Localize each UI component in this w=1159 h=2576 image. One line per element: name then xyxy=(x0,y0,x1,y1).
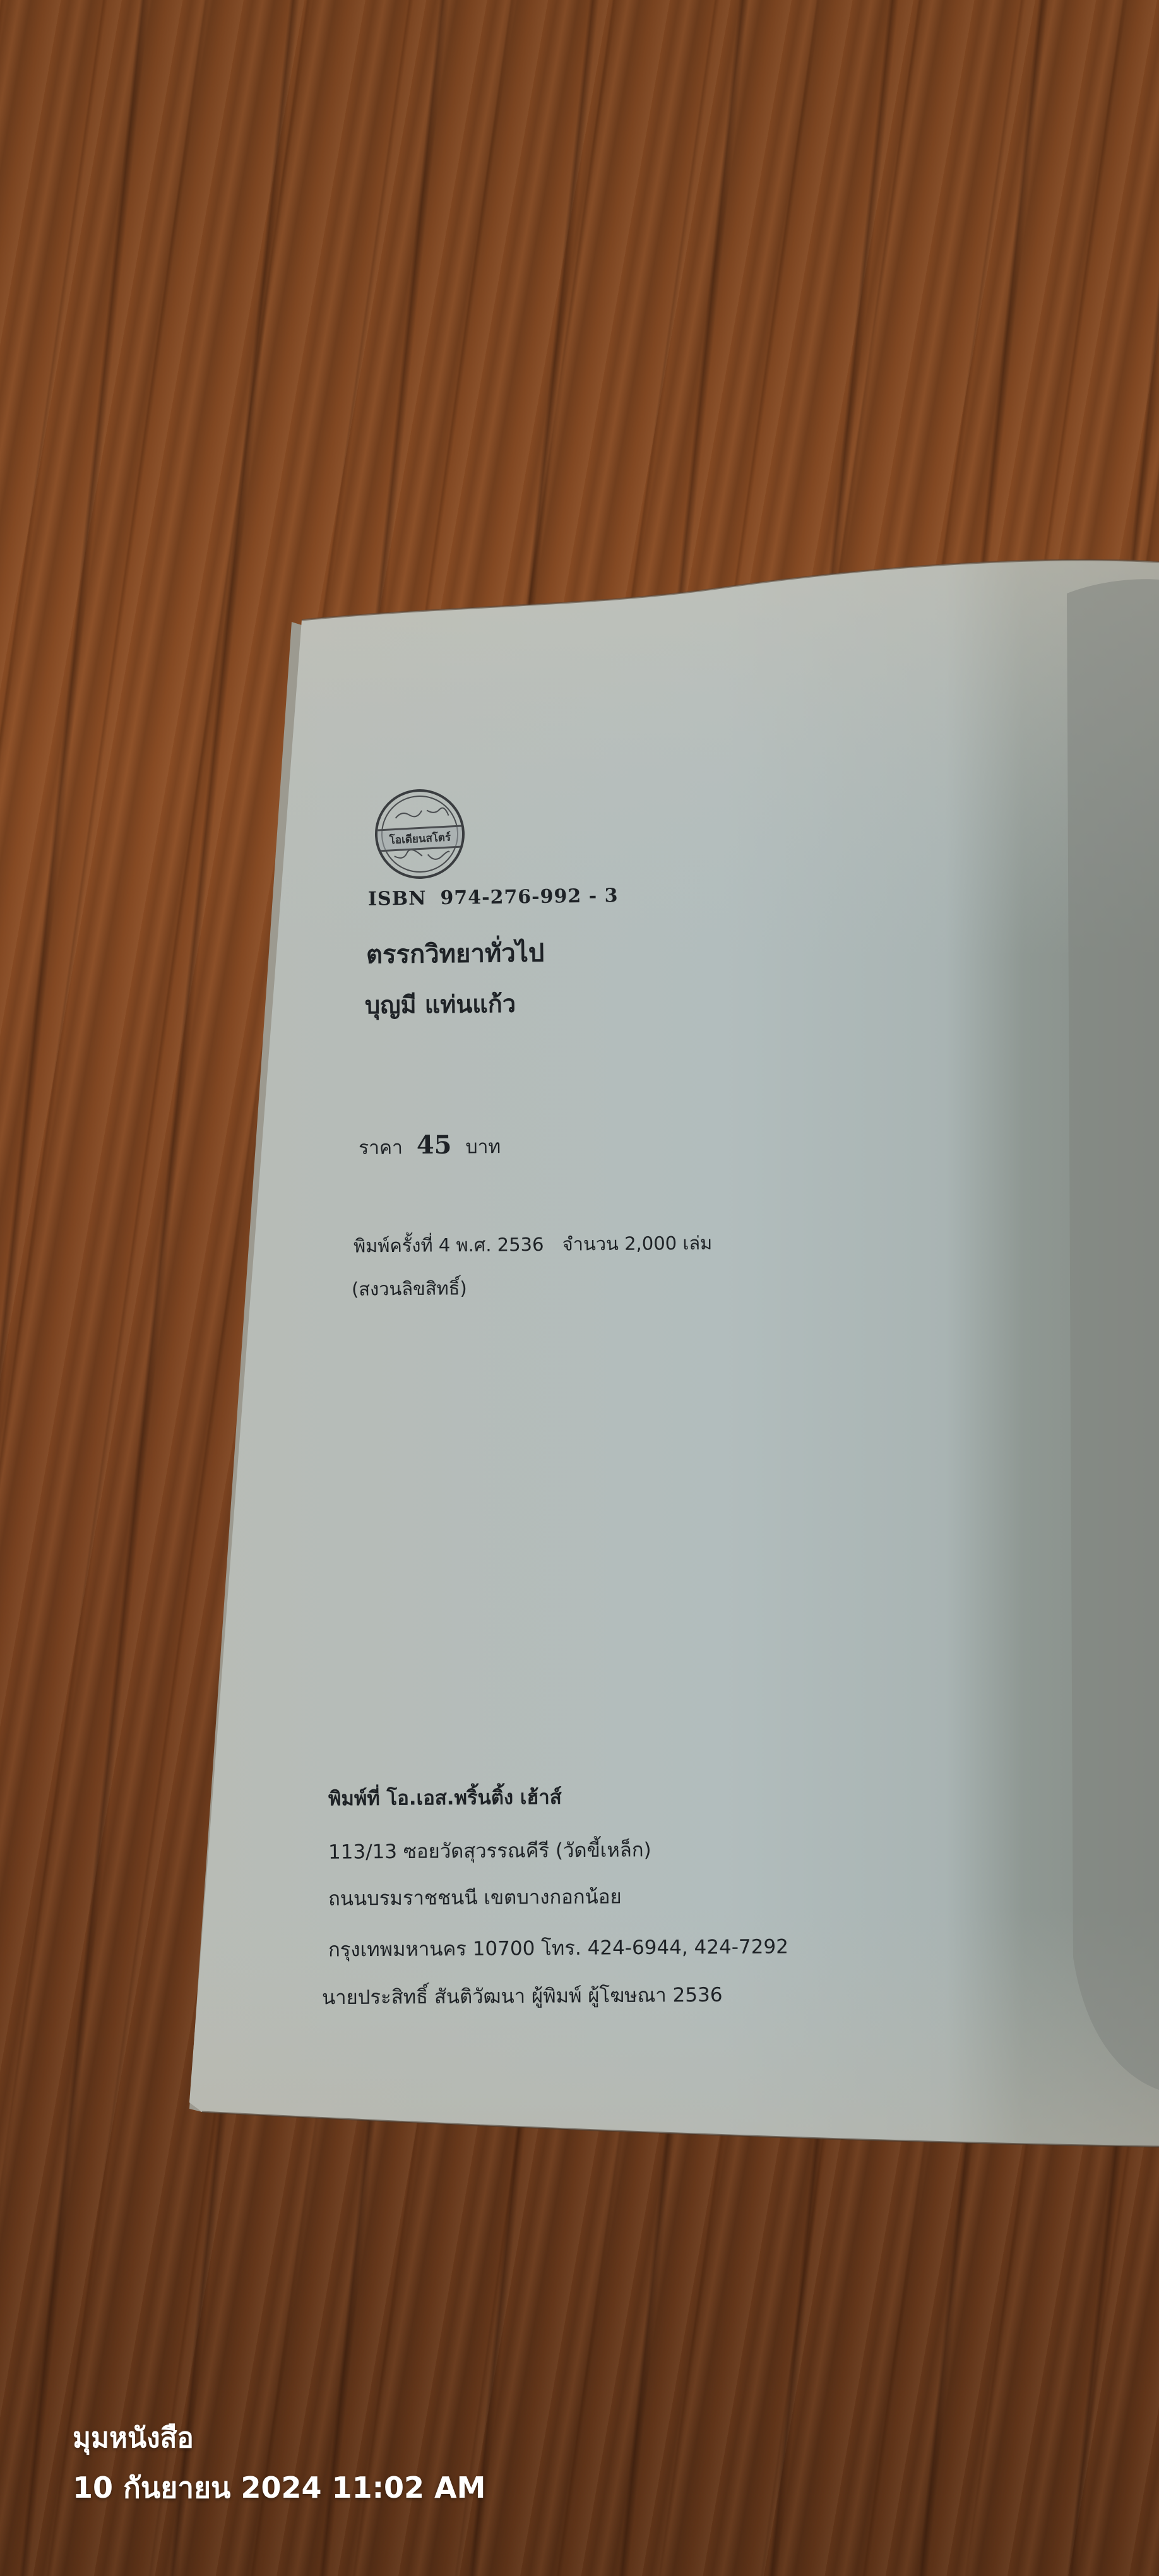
isbn-label: ISBN xyxy=(368,887,427,910)
publisher-logo: โอเดียนสโตร์ xyxy=(372,787,467,881)
printer-address-1: 113/13 ซอยวัดสุวรรณคีรี (วัดขี้เหล็ก) xyxy=(328,1834,651,1868)
book-page: โอเดียนสโตร์ ISBN974-276-992 - 3 ตรรกวิท… xyxy=(0,0,1159,2576)
price-currency: บาท xyxy=(465,1136,501,1158)
logo-label: โอเดียนสโตร์ xyxy=(377,825,463,852)
printing-year: พ.ศ. 2536 xyxy=(456,1234,544,1256)
price-amount: 45 xyxy=(417,1130,452,1160)
printer-address-2: ถนนบรมราชชนนี เขตบางกอกน้อย xyxy=(328,1880,622,1914)
isbn-value: 974-276-992 - 3 xyxy=(440,885,618,909)
printer-city-phone: กรุงเทพมหานคร 10700 โทร. 424-6944, 424-7… xyxy=(328,1930,788,1965)
book-page-shape xyxy=(0,0,1159,2576)
price-line: ราคา45บาท xyxy=(359,1130,501,1163)
printer-name: พิมพ์ที่ โอ.เอส.พริ้นติ้ง เฮ้าส์ xyxy=(328,1781,562,1815)
book-title: ตรรกวิทยาทั่วไป xyxy=(366,933,545,975)
watermark-title: มุมหนังสือ xyxy=(73,2416,194,2460)
book-author: บุญมี แท่นแก้ว xyxy=(365,984,516,1025)
edition-line: พิมพ์ครั้งที่ 4 พ.ศ. 2536 จำนวน 2,000 เล… xyxy=(354,1229,713,1261)
printing-number: พิมพ์ครั้งที่ 4 xyxy=(354,1234,451,1256)
printer-publisher: นายประสิทธิ์ สันติวัฒนา ผู้พิมพ์ ผู้โฆษณ… xyxy=(322,1979,723,2013)
price-label: ราคา xyxy=(359,1136,403,1159)
printing-copies: จำนวน 2,000 เล่ม xyxy=(562,1232,713,1255)
watermark-timestamp: 10 กันยายน 2024 11:02 AM xyxy=(73,2465,485,2511)
copyright-notice: (สงวนลิขสิทธิ์) xyxy=(352,1273,467,1304)
isbn-line: ISBN974-276-992 - 3 xyxy=(368,885,619,910)
